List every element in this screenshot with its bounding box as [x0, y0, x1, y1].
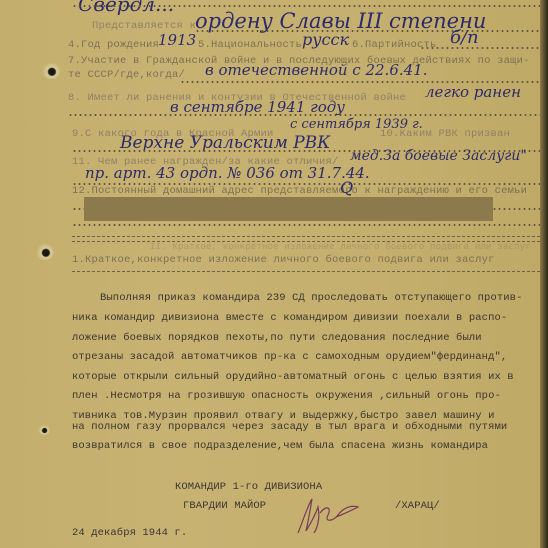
dotted-line [72, 224, 540, 226]
section-faint-title: II. Краткое, конкретное изложение личног… [150, 242, 531, 252]
dotted-line [420, 47, 540, 49]
narrative-line: плен .Несмотря на грозившую опасность ок… [72, 390, 501, 402]
field-5-label: 5.Национальность [198, 39, 302, 51]
signature-scrawl [290, 493, 370, 538]
document-date: 24 декабря 1944 г. [72, 527, 187, 539]
field-7-label-line2: те СССР/где,когда/ [68, 69, 185, 81]
narrative-line: возвратился в свое подразделение,чем был… [72, 440, 488, 452]
field-11-value-line2: пр. арт. 43 ордп. № 036 от 31.7.44. [85, 164, 370, 182]
field-4-value: 1913 [158, 31, 196, 49]
narrative-line: которые открыли сильный орудийно-автомат… [72, 371, 514, 383]
field-10-label: 10.Каким РВК призван [380, 128, 510, 140]
narrative-line: Выполняя приказ командира 239 СД прослед… [100, 292, 522, 304]
punch-hole [38, 425, 50, 435]
item-1-label: 1.Краткое,конкретное изложение личного б… [72, 254, 495, 266]
field-6-value: б/п [450, 27, 479, 48]
field-8-value-line1: легко ранен [425, 83, 521, 101]
field-12-label: 12.Постоянный домашний адрес представляе… [72, 185, 527, 197]
dotted-line [195, 30, 540, 32]
signatory-title-line1: КОМАНДИР 1-го ДИВИЗИОНА [175, 481, 322, 493]
top-handwriting: Свердл... [78, 0, 174, 16]
signatory-name: /ХАРАЦ/ [395, 500, 440, 512]
award-sheet-page: Свердл... Представляется к ордену Славы … [0, 0, 540, 548]
dotted-line [72, 5, 540, 7]
item-separator [72, 271, 540, 273]
punch-hole [36, 244, 54, 260]
narrative-line: на полном газу прорвался через засаду в … [72, 421, 507, 433]
field-12-mark: Q [340, 178, 353, 197]
narrative-line: отрезаны засадой автоматчиков пр-ка с са… [72, 351, 507, 363]
field-8-value-line2: в сентябре 1941 году [170, 98, 345, 116]
punch-hole [42, 63, 60, 79]
field-11-value-line1: мед.За боевые Заслуги" [350, 148, 527, 164]
narrative-line: ложение боевых порядков пехоты,по пути с… [72, 332, 482, 344]
field-4-label: 4.Год рождения [68, 39, 159, 51]
redacted-address [84, 197, 493, 221]
signatory-title-line2: ГВАРДИИ МАЙОР [183, 500, 266, 512]
field-6-label: 6.Партийность [352, 39, 437, 51]
field-5-value: русск [302, 30, 349, 49]
page-edge-shadow [540, 0, 548, 548]
narrative-line: ника командир дивизиона вместе с команди… [72, 312, 507, 324]
field-7-value: в отечественной с 22.6.41. [205, 61, 427, 79]
